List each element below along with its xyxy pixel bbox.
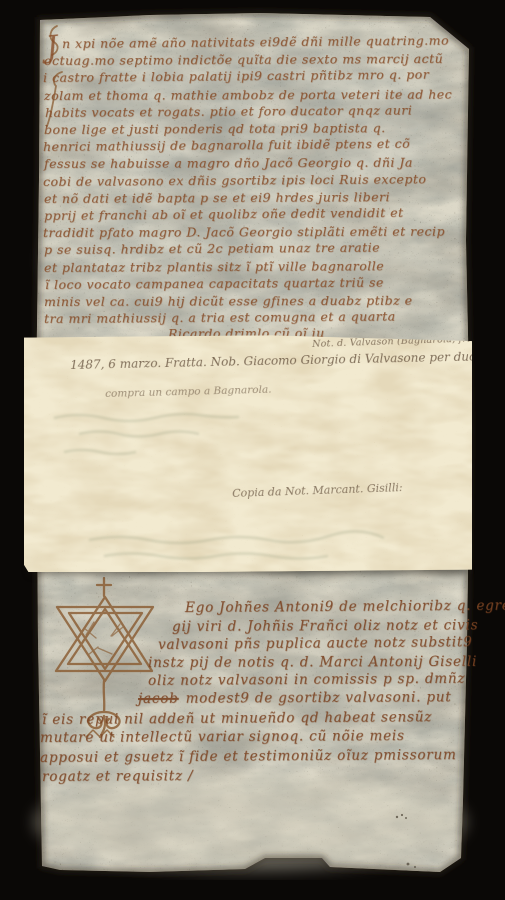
notary-subscription-text: Ego Johñes Antoni9 de melchioribz q. egr… bbox=[0, 0, 505, 900]
line-text: modest9 de gsortibz valvasoni. put bbox=[186, 689, 452, 706]
manuscript-line: Ego Johñes Antoni9 de melchioribz q. egr… bbox=[185, 598, 505, 616]
manuscript-line: rogatz et requisitz / bbox=[42, 768, 193, 785]
manuscript-line: apposui et gsuetz ĩ fide et testimoniũz … bbox=[40, 747, 457, 766]
manuscript-line: instz pij de notis q. d. Marci Antonij G… bbox=[148, 654, 477, 671]
manuscript-line: jacobmodest9 de gsortibz valvasoni. put bbox=[138, 689, 452, 707]
manuscript-line: mutare ut intellectũ variar signoq. cũ n… bbox=[40, 728, 405, 746]
manuscript-line: valvasoni pñs puplica aucte notz substit… bbox=[158, 634, 473, 653]
manuscript-line: gij viri d. Johñis Frañci oliz notz et c… bbox=[172, 617, 478, 635]
manuscript-line: oliz notz valvasoni in comissis p sp. dm… bbox=[148, 671, 465, 689]
manuscript-photo: J n xpi nõe amẽ año nativitats ei9dẽ dñi… bbox=[0, 0, 505, 900]
struck-word: jacob bbox=[138, 691, 179, 707]
manuscript-line: ĩ eis repui nil addeñ ut minueñdo qd hab… bbox=[42, 709, 432, 728]
